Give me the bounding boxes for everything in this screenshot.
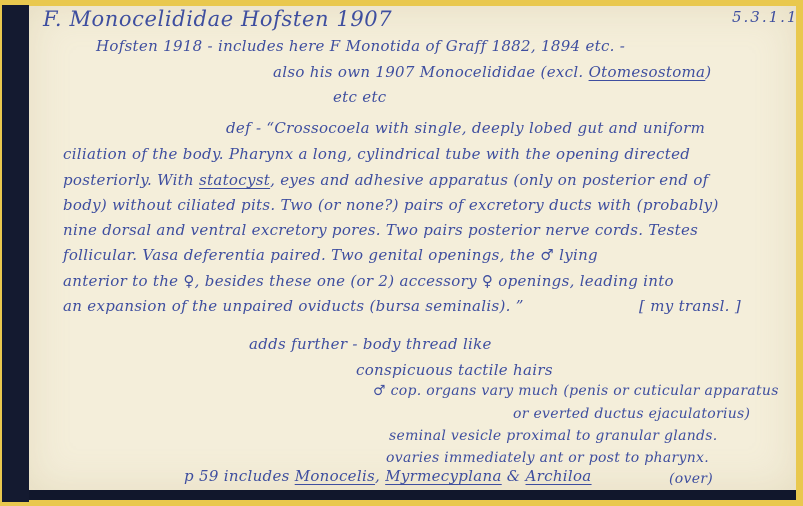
note-line-6: ovaries immediately ant or post to phary… — [386, 451, 709, 466]
definition-line-5: nine dorsal and ventral excretory pores.… — [63, 222, 698, 239]
note-line-5: seminal vesicle proximal to granular gla… — [389, 429, 718, 444]
definition-line-2: ciliation of the body. Pharynx a long, c… — [63, 146, 690, 163]
taxon-archiloa: Archiloa — [526, 467, 592, 485]
definition-line-4: body) without ciliated pits. Two (or non… — [63, 197, 719, 214]
synonymy-line-1: Hofsten 1918 - includes here F Monotida … — [96, 38, 625, 55]
index-card: F. Monocelididae Hofsten 1907 5.3.1.1 Ho… — [29, 6, 796, 490]
footer-pre: p 59 includes — [184, 467, 295, 485]
note-line-1: adds further - body thread like — [249, 336, 492, 353]
translator-note: [ my transl. ] — [639, 298, 741, 315]
footer-sep-1: , — [375, 467, 385, 485]
taxon-monocelis: Monocelis — [295, 467, 375, 485]
card-title: F. Monocelididae Hofsten 1907 — [43, 8, 392, 31]
definition-line-7: anterior to the ♀, besides these one (or… — [63, 273, 674, 290]
note-line-4: or everted ductus ejaculatorius) — [513, 407, 750, 422]
definition-line-3-post: , eyes and adhesive apparatus (only on p… — [270, 171, 708, 189]
taxon-otomesostoma: Otomesostoma — [589, 63, 706, 81]
definition-line-1: def - “Crossocoela with single, deeply l… — [226, 120, 705, 137]
catalog-number: 5.3.1.1 — [732, 9, 798, 26]
synonymy-line-3: etc etc — [333, 89, 386, 106]
statocyst-underlined: statocyst — [199, 171, 270, 189]
footer-genus-list: p 59 includes Monocelis, Myrmecyplana & … — [184, 468, 592, 485]
definition-line-8: an expansion of the unpaired oviducts (b… — [63, 298, 524, 315]
definition-line-6: follicular. Vasa deferentia paired. Two … — [63, 247, 598, 264]
definition-line-3: posteriorly. With statocyst, eyes and ad… — [63, 172, 709, 189]
synonymy-line-2: also his own 1907 Monocelididae (excl. O… — [273, 64, 711, 81]
synonymy-line-2-post: ) — [705, 63, 711, 81]
taxon-myrmecyplana: Myrmecyplana — [385, 467, 502, 485]
definition-line-3-pre: posteriorly. With — [63, 171, 199, 189]
card-edge-shadow-bottom — [29, 490, 796, 500]
over-note: (over) — [669, 472, 713, 487]
note-line-2: conspicuous tactile hairs — [356, 362, 553, 379]
card-edge-shadow-left — [2, 5, 29, 502]
synonymy-line-2-pre: also his own 1907 Monocelididae (excl. — [273, 63, 589, 81]
note-line-3: ♂ cop. organs vary much (penis or cuticu… — [373, 384, 779, 399]
scanned-index-card: F. Monocelididae Hofsten 1907 5.3.1.1 Ho… — [0, 0, 803, 506]
footer-sep-2: & — [502, 467, 526, 485]
